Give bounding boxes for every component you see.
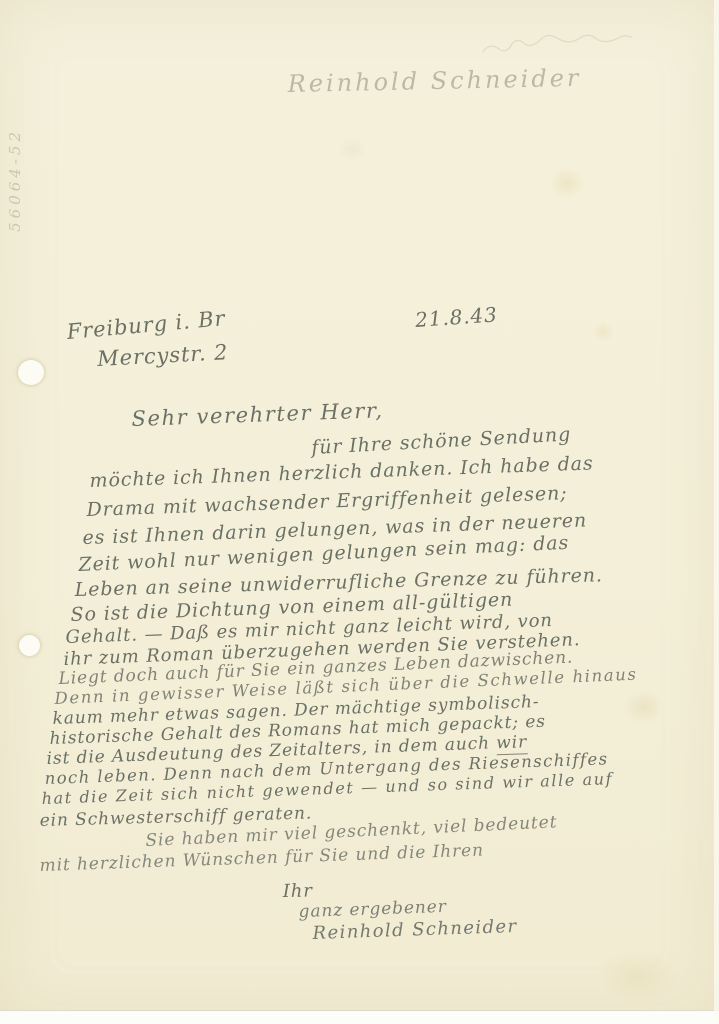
margin-pencil-shelfmark: 56064-52	[6, 128, 24, 232]
pencil-annotation-author: Reinhold Schneider	[287, 64, 581, 98]
letter-scan-page: Reinhold Schneider 56064-52 Freiburg i. …	[0, 0, 719, 1024]
letter-date: 21.8.43	[414, 302, 498, 332]
letter-place-line-2: Mercystr. 2	[97, 340, 229, 372]
scan-edge	[0, 1010, 719, 1024]
faint-pencil-scribble	[477, 21, 654, 64]
letter-place-line-1: Freiburg i. Br	[66, 306, 227, 345]
letter-salutation: Sehr verehrter Herr,	[131, 398, 384, 432]
paper-stain	[338, 138, 366, 160]
scan-edge	[714, 0, 719, 1024]
punch-hole-top	[18, 360, 44, 385]
paper-stain	[592, 322, 614, 342]
punch-hole-bottom	[19, 635, 40, 656]
letter-closing-ihr: Ihr	[283, 880, 313, 902]
paper-stain	[550, 168, 584, 198]
paper-stain	[624, 690, 664, 724]
paper-stain	[596, 950, 680, 1004]
